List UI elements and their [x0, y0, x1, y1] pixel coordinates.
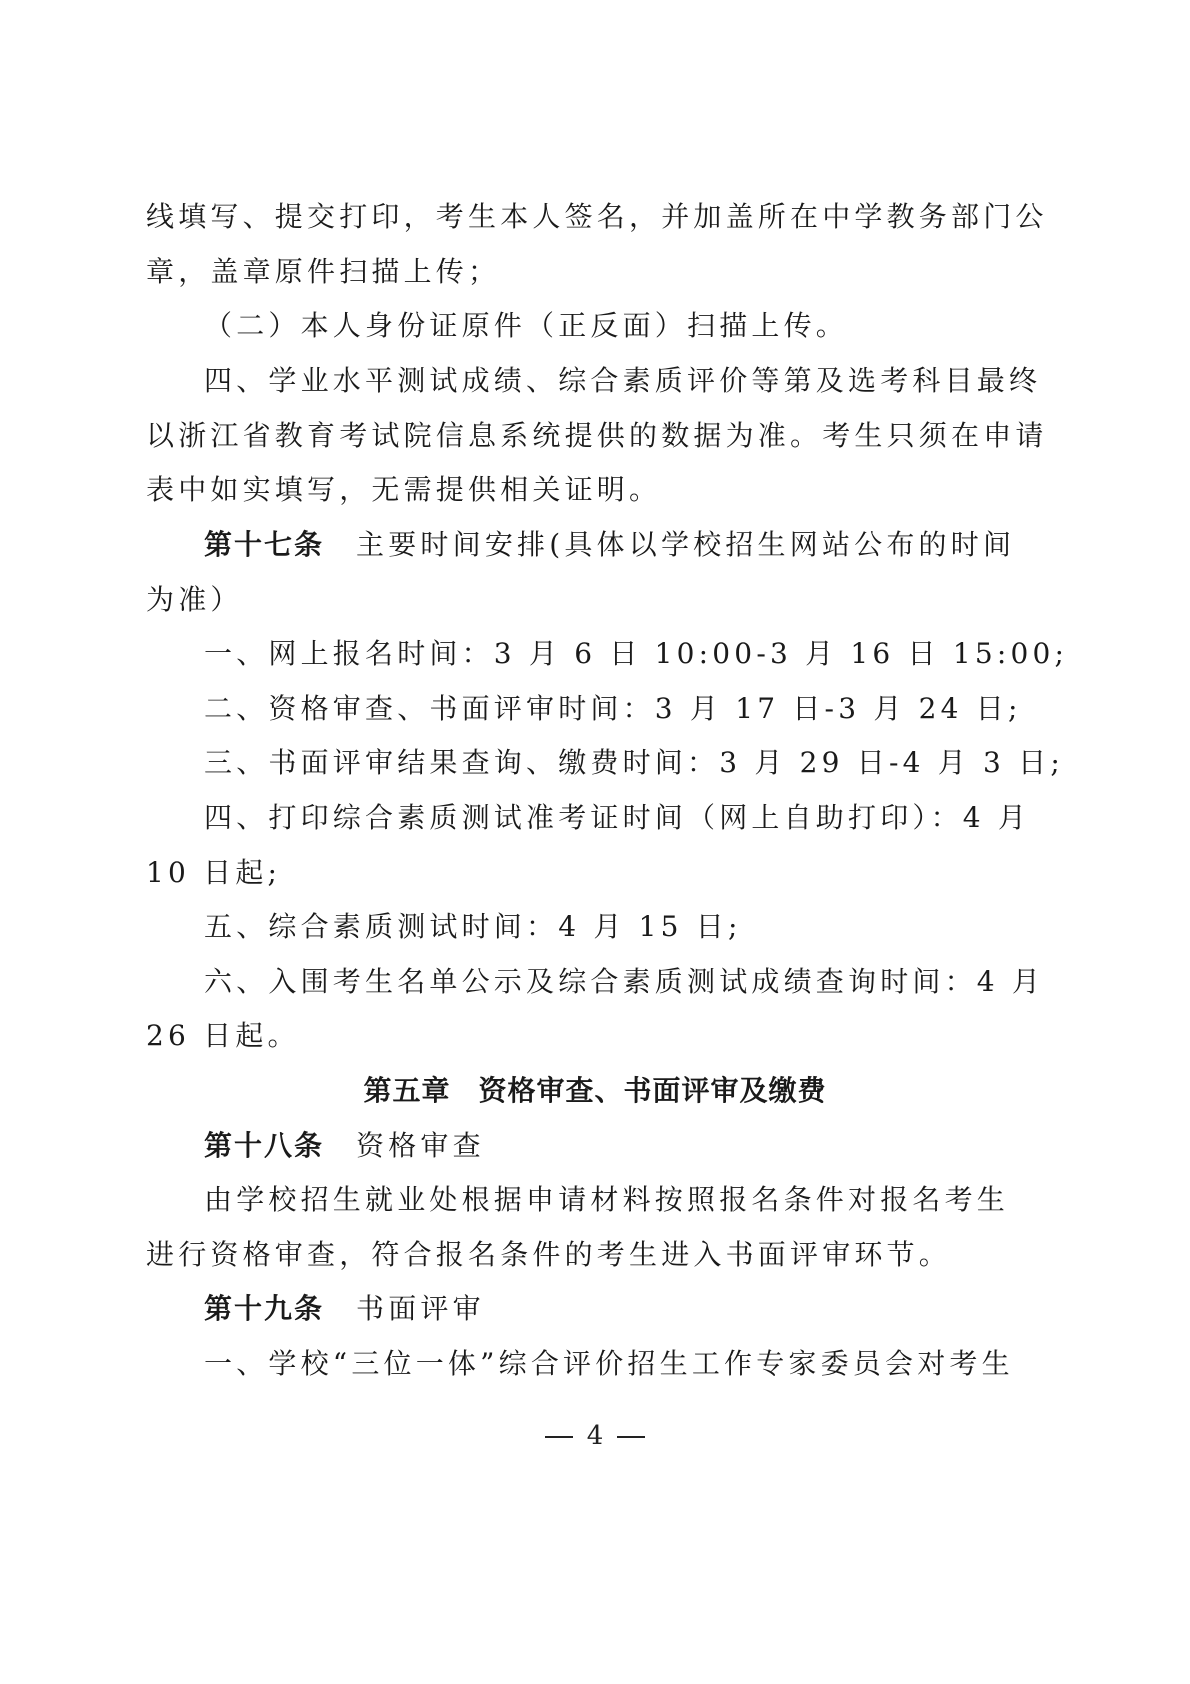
page-number: 4 — [0, 1418, 1190, 1454]
schedule-item-cont: 26 日起。 — [146, 1016, 968, 1056]
schedule-item: 三、书面评审结果查询、缴费时间：3 月 29 日-4 月 3 日; — [204, 743, 968, 783]
schedule-item: 六、入围考生名单公示及综合素质测试成绩查询时间：4 月 — [204, 962, 968, 1002]
article-19-subject: 书面评审 — [356, 1292, 485, 1325]
schedule-item-cont: 10 日起; — [146, 853, 968, 893]
chapter-heading: 第五章资格审查、书面评审及缴费 — [0, 1071, 1190, 1111]
schedule-item: 一、网上报名时间：3 月 6 日 10:00-3 月 16 日 15:00; — [204, 634, 968, 674]
chapter-label: 第五章 — [363, 1074, 450, 1107]
article-19-heading: 第十九条书面评审 — [204, 1289, 968, 1329]
article-19-title: 第十九条 — [204, 1292, 324, 1325]
page-number-value: 4 — [587, 1421, 604, 1451]
paragraph-line: 线填写、提交打印，考生本人签名，并加盖所在中学教务部门公 — [146, 197, 968, 237]
dash-left — [545, 1436, 573, 1438]
article-17-title: 第十七条 — [204, 528, 324, 561]
dash-right — [617, 1436, 645, 1438]
schedule-item: 五、综合素质测试时间：4 月 15 日; — [204, 907, 968, 947]
article-19-body: 一、学校“三位一体”综合评价招生工作专家委员会对考生 — [204, 1344, 968, 1384]
schedule-item: 四、打印综合素质测试准考证时间（网上自助打印）：4 月 — [204, 798, 968, 838]
article-18-body-cont: 进行资格审查，符合报名条件的考生进入书面评审环节。 — [146, 1235, 968, 1275]
article-17-body: 主要时间安排(具体以学校招生网站公布的时间 — [356, 528, 1015, 561]
article-17-body-cont: 为准） — [146, 580, 968, 620]
paragraph-line: 以浙江省教育考试院信息系统提供的数据为准。考生只须在申请 — [146, 416, 968, 456]
article-17-heading: 第十七条主要时间安排(具体以学校招生网站公布的时间 — [204, 525, 968, 565]
article-18-title: 第十八条 — [204, 1129, 324, 1162]
article-18-heading: 第十八条资格审查 — [204, 1126, 968, 1166]
article-18-body: 由学校招生就业处根据申请材料按照报名条件对报名考生 — [204, 1180, 968, 1220]
paragraph-line: 四、学业水平测试成绩、综合素质评价等第及选考科目最终 — [204, 361, 968, 401]
schedule-item: 二、资格审查、书面评审时间：3 月 17 日-3 月 24 日; — [204, 689, 968, 729]
chapter-title: 资格审查、书面评审及缴费 — [479, 1074, 827, 1107]
paragraph-line: 章，盖章原件扫描上传； — [146, 252, 968, 292]
paragraph-line: 表中如实填写，无需提供相关证明。 — [146, 470, 968, 510]
document-page: 线填写、提交打印，考生本人签名，并加盖所在中学教务部门公 章，盖章原件扫描上传；… — [0, 0, 1190, 1684]
paragraph-line: （二）本人身份证原件（正反面）扫描上传。 — [204, 306, 968, 346]
article-18-subject: 资格审查 — [356, 1129, 485, 1162]
